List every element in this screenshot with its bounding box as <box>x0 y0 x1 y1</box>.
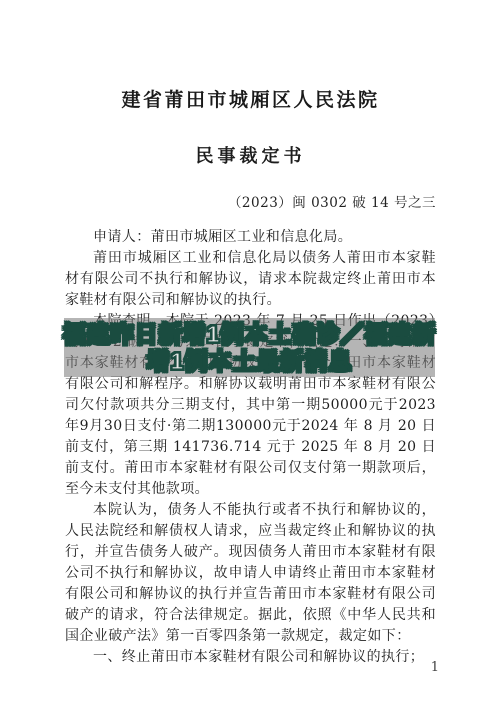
headline-line-1: 福建昨日新增1例本土确诊／福建新 <box>63 321 437 348</box>
headline-overlay-banner: 福建昨日新增1例本土确诊／福建新 增1例本土最新消息 <box>64 318 435 377</box>
paragraph-applicant: 申请人：莆田市城厢区工业和信息化局。 <box>65 227 436 248</box>
headline-line-2: 增1例本土最新消息 <box>147 348 353 375</box>
page-number: 1 <box>431 660 439 675</box>
case-number: （2023）闽 0302 破 14 号之三 <box>65 191 436 211</box>
court-name-heading: 建省莆田市城厢区人民法院 <box>65 85 436 112</box>
paragraph-ruling-item: 一、终止莆田市本家鞋材有限公司和解协议的执行； <box>65 647 436 668</box>
document-title: 民事裁定书 <box>65 142 436 168</box>
document-body: 申请人：莆田市城厢区工业和信息化局。 莆田市城厢区工业和信息化局以债务人莆田市本… <box>65 227 436 668</box>
document-page: 建省莆田市城厢区人民法院 民事裁定书 （2023）闽 0302 破 14 号之三… <box>0 0 500 707</box>
paragraph-opinion: 本院认为，债务人不能执行或者不执行和解协议的，人民法院经和解债权人请求，应当裁定… <box>65 500 436 647</box>
paragraph-request: 莆田市城厢区工业和信息化局以债务人莆田市本家鞋材有限公司不执行和解协议，请求本院… <box>65 248 436 311</box>
